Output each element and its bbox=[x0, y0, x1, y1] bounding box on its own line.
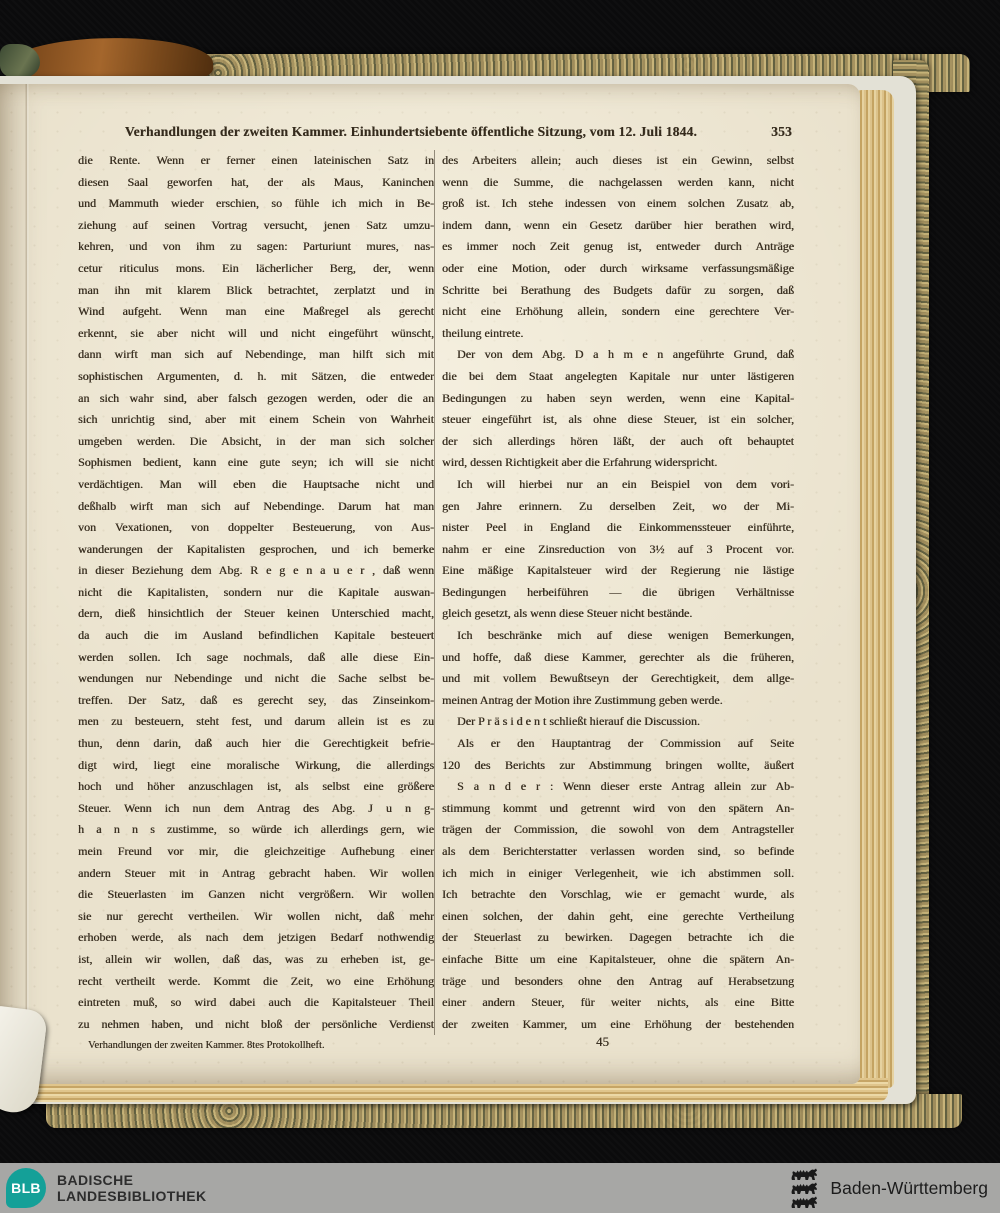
text-line: digt wird, liegt eine moralische Wirkung… bbox=[78, 755, 434, 777]
text-line: dern, dieß hinsichtlich der Steuer keine… bbox=[78, 603, 434, 625]
page-number: 353 bbox=[744, 124, 792, 140]
text-line: umgeben werden. Die Absicht, in der man … bbox=[78, 431, 434, 453]
sheet-number: 45 bbox=[596, 1034, 609, 1050]
text-line: Der P r ä s i d e n t schließt hierauf d… bbox=[442, 711, 794, 733]
text-line: nicht eine Erhöhung allein, sondern eine… bbox=[442, 301, 794, 323]
library-name: BADISCHE LANDESBIBLIOTHEK bbox=[57, 1172, 207, 1205]
text-line: und mit vollem Bewußtseyn der Gerechtigk… bbox=[442, 668, 794, 690]
text-line: in dieser Beziehung dem Abg. R e g e n a… bbox=[78, 560, 434, 582]
text-line: mein Freund vor mir, die gleichzeitige A… bbox=[78, 841, 434, 863]
text-line: Als er den Hauptantrag der Commission au… bbox=[442, 733, 794, 755]
volume-signature: Verhandlungen der zweiten Kammer. 8tes P… bbox=[88, 1040, 324, 1051]
library-footer-bar: BLB BADISCHE LANDESBIBLIOTHEK Baden-Würt… bbox=[0, 1163, 1000, 1213]
text-line: deßhalb wirft man sich auf Nebendinge. D… bbox=[78, 496, 434, 518]
left-column: die Rente. Wenn er ferner einen lateinis… bbox=[78, 150, 434, 1035]
gutter-crease bbox=[25, 84, 29, 1084]
library-name-line2: LANDESBIBLIOTHEK bbox=[57, 1188, 207, 1205]
scanned-page: Verhandlungen der zweiten Kammer. Einhun… bbox=[0, 84, 860, 1084]
state-name: Baden-Württemberg bbox=[830, 1178, 988, 1199]
text-line: Ich betrachte den Vorschlag, wie er gema… bbox=[442, 884, 794, 906]
text-line: die bei dem Staat angelegten Kapitale nu… bbox=[442, 366, 794, 388]
text-line: Der von dem Abg. D a h m e n angeführte … bbox=[442, 344, 794, 366]
text-line: einfache Bitte um eine Kapitalsteuer, oh… bbox=[442, 949, 794, 971]
text-line: erkennt, sie aber nicht will und nicht e… bbox=[78, 323, 434, 345]
baden-wuerttemberg-coat-of-arms-icon bbox=[789, 1168, 821, 1209]
text-line: und hoffe, daß diese Kammer, gerechter a… bbox=[442, 647, 794, 669]
text-columns: die Rente. Wenn er ferner einen lateinis… bbox=[78, 150, 794, 1035]
text-line: eintreten muß, so wird dabei auch die Ka… bbox=[78, 992, 434, 1014]
text-line: einen solchen, der dahin geht, eine gere… bbox=[442, 906, 794, 928]
lion-icon bbox=[789, 1182, 821, 1195]
text-line: ist, allein wir wollen, daß das, was zu … bbox=[78, 949, 434, 971]
text-line: thun, denn darin, daß auch hier die Gere… bbox=[78, 733, 434, 755]
blb-logo-icon[interactable]: BLB bbox=[6, 1168, 46, 1208]
text-line: Bedingungen herbeiführen — die übrigen V… bbox=[442, 582, 794, 604]
page-header: Verhandlungen der zweiten Kammer. Einhun… bbox=[78, 124, 792, 140]
text-line: wird, dessen Richtigkeit aber die Erfahr… bbox=[442, 452, 794, 474]
text-line: gen Jahre erinnern. Zu derselben Zeit, w… bbox=[442, 496, 794, 518]
lion-icon bbox=[789, 1196, 821, 1209]
text-line: an sich wahr sind, aber falsch gezogen w… bbox=[78, 388, 434, 410]
text-line: des Arbeiters allein; auch dieses ist ei… bbox=[442, 150, 794, 172]
text-line: Wind aufgeht. Wenn man eine Maßregel als… bbox=[78, 301, 434, 323]
text-line: sie nur gerecht vertheilen. Wir wollen n… bbox=[78, 906, 434, 928]
text-line: 120 des Berichts zur Abstimmung bringen … bbox=[442, 755, 794, 777]
text-line: und Mammuth wieder erschien, so fühle ic… bbox=[78, 193, 434, 215]
text-line: trägen der Commission, die sowohl von de… bbox=[442, 819, 794, 841]
text-line: der sich allerdings hören läßt, der auch… bbox=[442, 431, 794, 453]
text-line: hoch und höher anzuschlagen ist, als sel… bbox=[78, 776, 434, 798]
text-line: theilung eintrete. bbox=[442, 323, 794, 345]
text-line: Bedingungen zu haben seyn werden, wenn e… bbox=[442, 388, 794, 410]
text-line: ziehung auf seinen Vortrag versucht, jen… bbox=[78, 215, 434, 237]
text-line: nicht die Kapitalisten, sondern nur die … bbox=[78, 582, 434, 604]
text-line: Sophismen bedient, kann eine gute seyn; … bbox=[78, 452, 434, 474]
text-line: der zweiten Kammer, um eine Erhöhung der… bbox=[442, 1014, 794, 1036]
text-line: meinen Antrag der Motion ihre Zustimmung… bbox=[442, 690, 794, 712]
text-line: träge und besonders ohne den Antrag auf … bbox=[442, 971, 794, 993]
text-line: oder eine Motion, oder durch wirksame ve… bbox=[442, 258, 794, 280]
text-line: cetur riticulus mons. Ein lächerlicher B… bbox=[78, 258, 434, 280]
text-line: es immer noch Zeit genug ist, entweder d… bbox=[442, 236, 794, 258]
book-photograph: Verhandlungen der zweiten Kammer. Einhun… bbox=[0, 0, 1000, 1163]
text-line: dann wirft man sich auf Nebendinge, man … bbox=[78, 344, 434, 366]
library-brand-link[interactable]: BLB BADISCHE LANDESBIBLIOTHEK bbox=[6, 1168, 207, 1208]
text-line: treffen. Der Satz, daß es gerecht sey, d… bbox=[78, 690, 434, 712]
text-line: man ihn mit klarem Blick betrachtet, zer… bbox=[78, 280, 434, 302]
leather-spine-tip bbox=[0, 44, 40, 78]
text-line: die Steuerlasten im Ganzen nicht vergröß… bbox=[78, 884, 434, 906]
text-line: Eine mäßige Kapitalsteuer wird der Regie… bbox=[442, 560, 794, 582]
text-line: stimmung kommt und getrennt wird von den… bbox=[442, 798, 794, 820]
text-line: ich mich in einiger Verlegenheit, wie ic… bbox=[442, 863, 794, 885]
text-line: nahm er eine Zinsreduction von 3½ auf 3 … bbox=[442, 539, 794, 561]
lion-icon bbox=[789, 1168, 821, 1181]
text-line: men zu besteuern, steht fest, und darum … bbox=[78, 711, 434, 733]
text-line: einer andern Steuer, für weiter nichts, … bbox=[442, 992, 794, 1014]
text-line: diesen Saal geworfen hat, der als Maus, … bbox=[78, 172, 434, 194]
text-line: von Vexationen, von doppelter Besteuerun… bbox=[78, 517, 434, 539]
text-line: groß ist. Ich stehe indessen von einem s… bbox=[442, 193, 794, 215]
text-line: sich unrichtig sind, aber mit einem Sche… bbox=[78, 409, 434, 431]
text-line: steuer eingeführt ist, als ohne diese St… bbox=[442, 409, 794, 431]
running-title: Verhandlungen der zweiten Kammer. Einhun… bbox=[78, 124, 744, 140]
text-line: wendungen nur Nebendinge und nicht die S… bbox=[78, 668, 434, 690]
text-line: erhoben werde, als nach dem jetzigen Bed… bbox=[78, 927, 434, 949]
right-column: des Arbeiters allein; auch dieses ist ei… bbox=[434, 150, 794, 1035]
text-line: andern Steuer mit in Antrag gebracht hab… bbox=[78, 863, 434, 885]
text-line: verdächtigen. Man will eben die Hauptsac… bbox=[78, 474, 434, 496]
state-brand-link[interactable]: Baden-Württemberg bbox=[789, 1168, 988, 1209]
text-line: sophistischen Argumenten, d. h. mit Sätz… bbox=[78, 366, 434, 388]
text-line: Schritte bei Berathung des Budgets dafür… bbox=[442, 280, 794, 302]
text-line: als dem Berichterstatter verlassen worde… bbox=[442, 841, 794, 863]
text-line: kehren, und von ihm zu sagen: Parturiunt… bbox=[78, 236, 434, 258]
text-line: wanderungen der Kapitalisten gesprochen,… bbox=[78, 539, 434, 561]
text-line: wenn die Summe, die nachgelassen werden … bbox=[442, 172, 794, 194]
text-line: S a n d e r : Wenn dieser erste Antrag a… bbox=[442, 776, 794, 798]
text-line: Ich will hierbei nur an ein Beispiel von… bbox=[442, 474, 794, 496]
text-line: der Steuerlast zu bewirken. Dagegen betr… bbox=[442, 927, 794, 949]
text-line: indem dann, wenn ein Gesetz darüber hier… bbox=[442, 215, 794, 237]
text-line: werden sollen. Ich sage nochmals, daß al… bbox=[78, 647, 434, 669]
library-name-line1: BADISCHE bbox=[57, 1172, 207, 1189]
text-line: Steuer. Wenn ich nun dem Antrag des Abg.… bbox=[78, 798, 434, 820]
text-line: h a n n s zustimme, so würde ich allerdi… bbox=[78, 819, 434, 841]
text-line: nister Peel in England die Einkommensste… bbox=[442, 517, 794, 539]
text-line: recht vertheilt werde. Kommt die Zeit, w… bbox=[78, 971, 434, 993]
text-line: da auch die im Ausland befindlichen Kapi… bbox=[78, 625, 434, 647]
text-line: zu nehmen haben, und nicht bloß der pers… bbox=[78, 1014, 434, 1036]
text-line: Ich beschränke mich auf diese wenigen Be… bbox=[442, 625, 794, 647]
text-line: die Rente. Wenn er ferner einen lateinis… bbox=[78, 150, 434, 172]
text-line: gleich gesetzt, als wenn diese Steuer ni… bbox=[442, 603, 794, 625]
